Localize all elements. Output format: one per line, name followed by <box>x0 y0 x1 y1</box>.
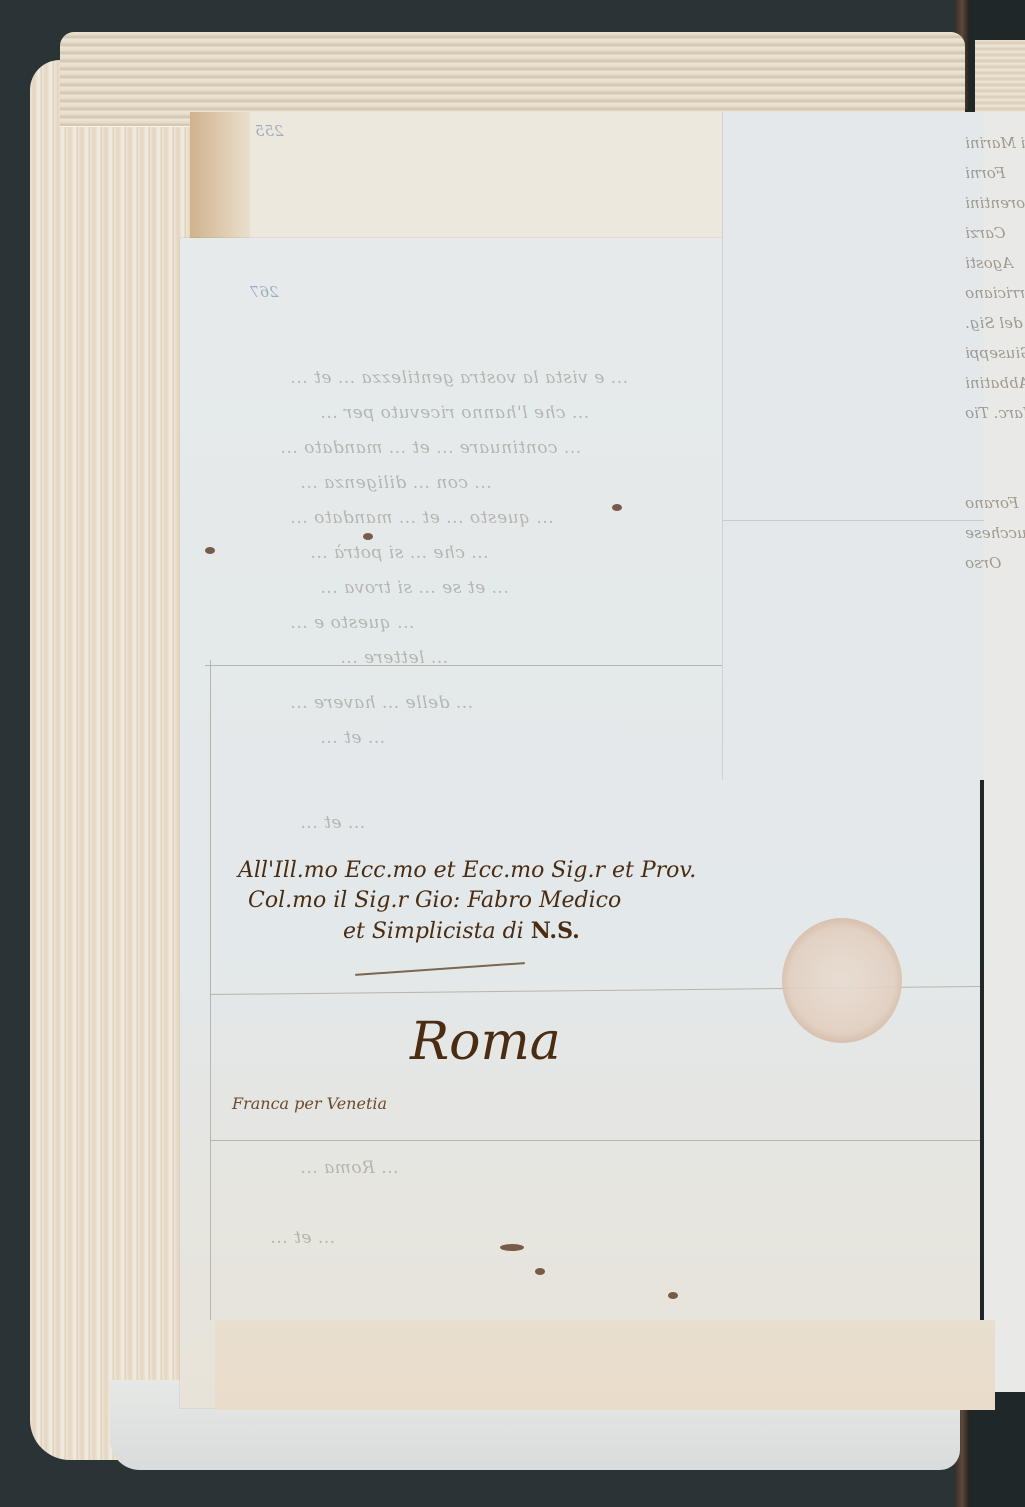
list-item: Ferriciano <box>965 278 1025 308</box>
ink-blot <box>535 1268 545 1275</box>
address-line-3-text: et Simplicista di <box>343 919 524 944</box>
postal-note: Franca per Venetia <box>232 1094 387 1113</box>
ink-blot <box>612 504 622 511</box>
ink-blot <box>205 547 215 554</box>
address-line-3: et Simplicista di N.S. <box>343 918 580 944</box>
ink-blot <box>363 533 373 540</box>
list-item: Lucca Lucchese <box>965 518 1025 548</box>
list-item: Giuseppi <box>965 338 1025 368</box>
list-item: Forano <box>965 488 1025 518</box>
list-item: Orso <box>965 548 1025 578</box>
water-stain <box>190 112 250 242</box>
list-item: Carzi <box>965 218 1025 248</box>
bleed-through-line: ... questo e ... <box>290 613 414 633</box>
bleed-through-line: ... con ... diligenza ... <box>300 473 492 493</box>
list-item: Agosti <box>965 248 1025 278</box>
bleed-through-line: ... et ... <box>320 728 385 748</box>
ink-blot <box>500 1244 524 1251</box>
address-line-2: Col.mo il Sig.r Gio: Fabro Medico <box>248 888 621 913</box>
folio-number-upper: 255 <box>255 122 284 140</box>
mirrored-name-list: Fili Marini Forni Bagnari Fiorentini Car… <box>825 128 965 578</box>
bleed-through-line: ... Roma ... <box>300 1158 399 1178</box>
list-item: Marc. Tio <box>965 398 1025 428</box>
fold-line-vertical <box>210 660 211 1320</box>
fold-line <box>205 665 725 666</box>
address-abbrev: N.S. <box>531 918 580 944</box>
bleed-through-line: ... continuare ... et ... mandato ... <box>280 438 581 458</box>
ink-blot <box>668 1292 678 1299</box>
bleed-through-line: ... che ... si potrà ... <box>310 543 489 563</box>
address-line-1: All'Ill.mo Ecc.mo et Ecc.mo Sig.r et Pro… <box>238 858 696 883</box>
lower-leaf-section <box>215 1320 995 1410</box>
bleed-through-line: ... et ... <box>300 813 365 833</box>
bleed-through-line: ... questo ... et ... mandato ... <box>290 508 554 528</box>
folio-number-lower: 267 <box>250 283 279 301</box>
bleed-through-line: ... che l'hanno ricevuto per ... <box>320 403 589 423</box>
bleed-through-line: ... et ... <box>270 1228 335 1248</box>
list-item: Fili Marini <box>965 128 1025 158</box>
list-item: Abbatini <box>965 368 1025 398</box>
wax-seal-remnant <box>782 918 902 1043</box>
bleed-through-line: ... e vista la vostra gentilezza ... et … <box>290 368 628 388</box>
list-item: Bagnari Fiorentini <box>965 188 1025 218</box>
bleed-through-line: ... delle ... havere ... <box>290 693 473 713</box>
list-item: Lettere del Sig. <box>965 308 1025 338</box>
list-item: Forni <box>965 158 1025 188</box>
destination-city: Roma <box>410 1012 561 1072</box>
fold-line <box>210 1140 980 1141</box>
bleed-through-line: ... et se ... si trova ... <box>320 578 509 598</box>
